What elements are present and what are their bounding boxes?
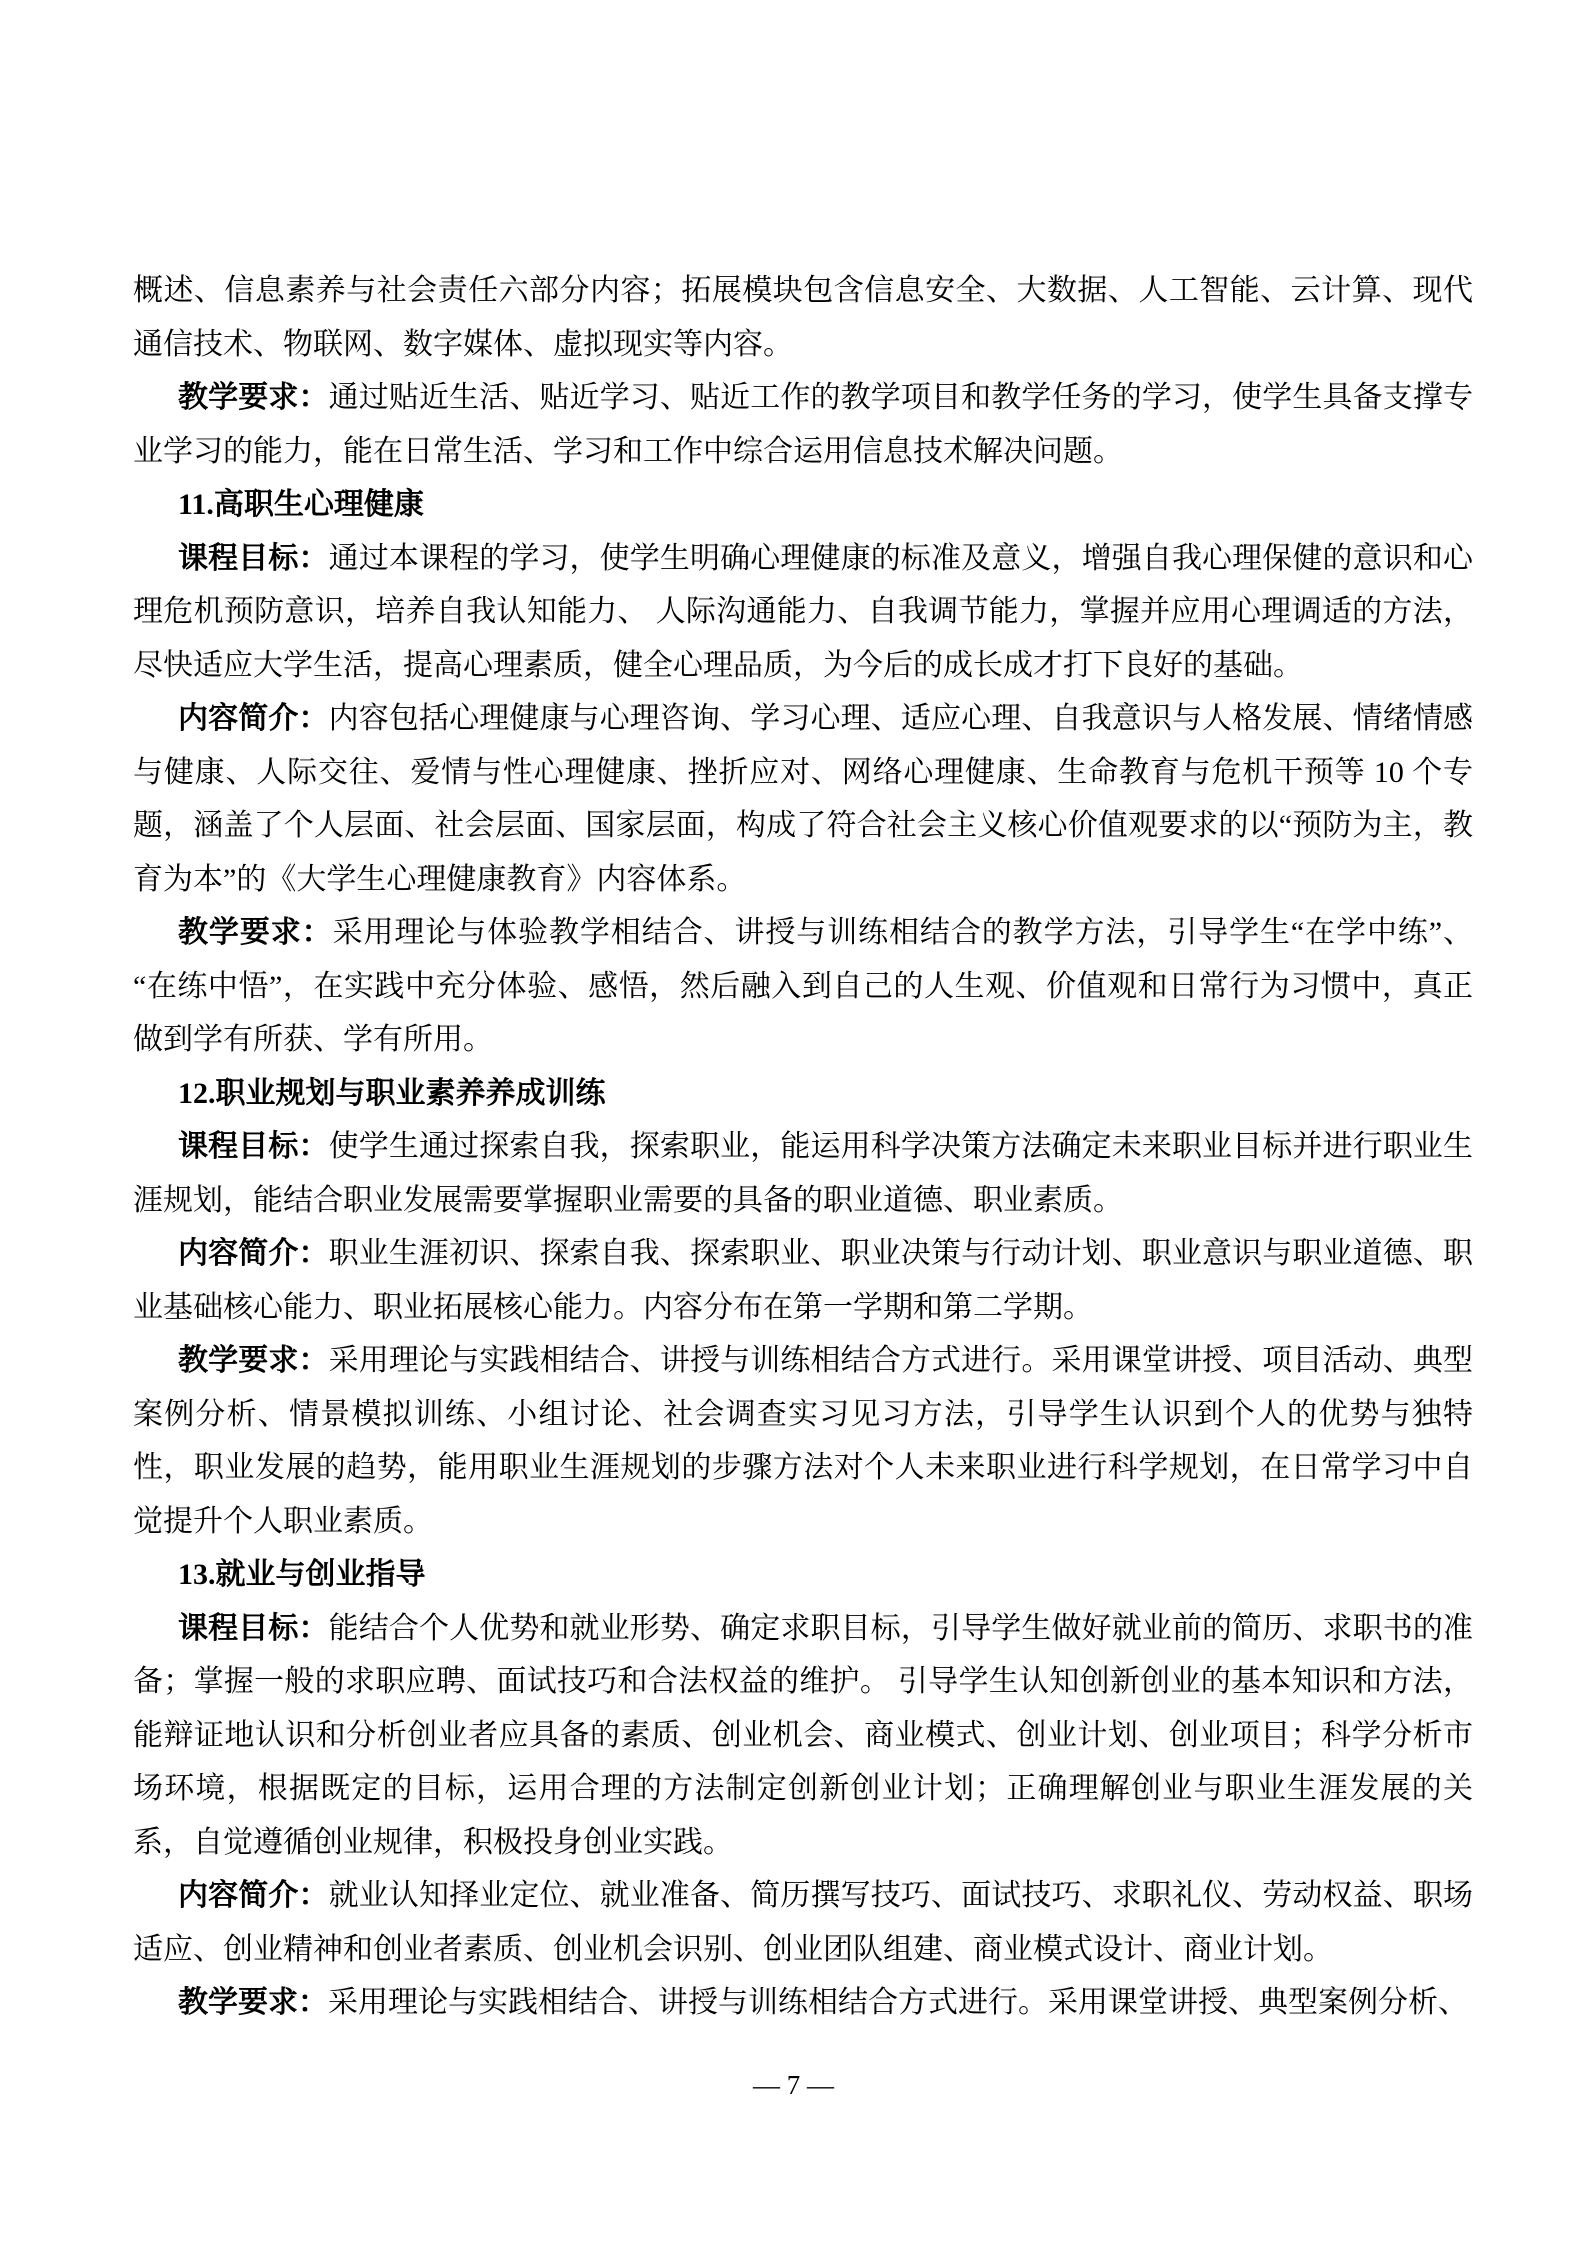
paragraph-text: 使学生通过探索自我，探索职业，能运用科学决策方法确定未来职业目标并进行职业生涯规… — [133, 1130, 1473, 1217]
page-number: — 7 — — [753, 2070, 834, 2100]
paragraph-content-intro-mental-health: 内容简介：内容包括心理健康与心理咨询、学习心理、适应心理、自我意识与人格发展、情… — [133, 692, 1473, 906]
paragraph-text: 内容包括心理健康与心理咨询、学习心理、适应心理、自我意识与人格发展、情绪情感与健… — [133, 702, 1473, 896]
paragraph-course-goal-mental-health: 课程目标：通过本课程的学习，使学生明确心理健康的标准及意义，增强自我心理保健的意… — [133, 532, 1473, 693]
paragraph-text: 概述、信息素养与社会责任六部分内容；拓展模块包含信息安全、大数据、人工智能、云计… — [133, 274, 1473, 361]
paragraph-course-goal-employment: 课程目标：能结合个人优势和就业形势、确定求职目标，引导学生做好就业前的简历、求职… — [133, 1602, 1473, 1870]
paragraph-text: 通过贴近生活、贴近学习、贴近工作的教学项目和教学任务的学习，使学生具备支撑专业学… — [133, 381, 1473, 468]
paragraph-label: 内容简介： — [178, 1879, 329, 1912]
paragraph-text: 职业生涯初识、探索自我、探索职业、职业决策与行动计划、职业意识与职业道德、职业基… — [133, 1237, 1473, 1324]
paragraph-teaching-requirement-mental-health: 教学要求：采用理论与体验教学相结合、讲授与训练相结合的教学方法，引导学生“在学中… — [133, 906, 1473, 1067]
paragraph-text: 就业认知择业定位、就业准备、简历撰写技巧、面试技巧、求职礼仪、劳动权益、职场适应… — [133, 1879, 1473, 1966]
paragraph-text: 通过本课程的学习，使学生明确心理健康的标准及意义，增强自我心理保健的意识和心理危… — [133, 542, 1473, 682]
paragraph-text: 采用理论与实践相结合、讲授与训练相结合方式进行。采用课堂讲授、项目活动、典型案例… — [133, 1344, 1473, 1538]
document-body: 概述、信息素养与社会责任六部分内容；拓展模块包含信息安全、大数据、人工智能、云计… — [133, 264, 1473, 2030]
paragraph-continued-info-tech-content: 概述、信息素养与社会责任六部分内容；拓展模块包含信息安全、大数据、人工智能、云计… — [133, 264, 1473, 371]
paragraph-teaching-requirement-career-planning: 教学要求：采用理论与实践相结合、讲授与训练相结合方式进行。采用课堂讲授、项目活动… — [133, 1334, 1473, 1548]
paragraph-label: 课程目标： — [178, 1130, 329, 1163]
paragraph-course-goal-career-planning: 课程目标：使学生通过探索自我，探索职业，能运用科学决策方法确定未来职业目标并进行… — [133, 1120, 1473, 1227]
heading-text: 12.职业规划与职业素养养成训练 — [178, 1077, 606, 1110]
paragraph-text: 采用理论与体验教学相结合、讲授与训练相结合的教学方法，引导学生“在学中练”、“在… — [133, 916, 1473, 1056]
paragraph-teaching-requirement-info-tech: 教学要求：通过贴近生活、贴近学习、贴近工作的教学项目和教学任务的学习，使学生具备… — [133, 371, 1473, 478]
paragraph-label: 内容简介： — [178, 702, 329, 735]
paragraph-label: 内容简介： — [178, 1237, 329, 1270]
paragraph-content-intro-career-planning: 内容简介：职业生涯初识、探索自我、探索职业、职业决策与行动计划、职业意识与职业道… — [133, 1227, 1473, 1334]
document-page: { "content": { "blocks": [ { "type": "bo… — [0, 0, 1587, 2245]
heading-text: 13.就业与创业指导 — [178, 1558, 426, 1591]
paragraph-teaching-requirement-employment: 教学要求：采用理论与实践相结合、讲授与训练相结合方式进行。采用课堂讲授、典型案例… — [133, 1976, 1473, 2030]
paragraph-label: 教学要求： — [178, 1986, 328, 2019]
paragraph-text: 能结合个人优势和就业形势、确定求职目标，引导学生做好就业前的简历、求职书的准备；… — [133, 1612, 1473, 1859]
section-heading-13-employment-entrepreneurship: 13.就业与创业指导 — [133, 1548, 1473, 1602]
section-heading-11-mental-health: 11.高职生心理健康 — [133, 478, 1473, 532]
paragraph-content-intro-employment: 内容简介：就业认知择业定位、就业准备、简历撰写技巧、面试技巧、求职礼仪、劳动权益… — [133, 1869, 1473, 1976]
paragraph-label: 教学要求： — [178, 381, 329, 414]
section-heading-12-career-planning: 12.职业规划与职业素养养成训练 — [133, 1067, 1473, 1121]
page-footer: — 7 — — [0, 2068, 1587, 2102]
paragraph-label: 教学要求： — [178, 916, 333, 949]
paragraph-label: 教学要求： — [178, 1344, 329, 1377]
paragraph-label: 课程目标： — [178, 1612, 329, 1645]
heading-text: 11.高职生心理健康 — [178, 488, 424, 521]
paragraph-label: 课程目标： — [178, 542, 329, 575]
paragraph-text: 采用理论与实践相结合、讲授与训练相结合方式进行。采用课堂讲授、典型案例分析、 — [328, 1986, 1468, 2019]
